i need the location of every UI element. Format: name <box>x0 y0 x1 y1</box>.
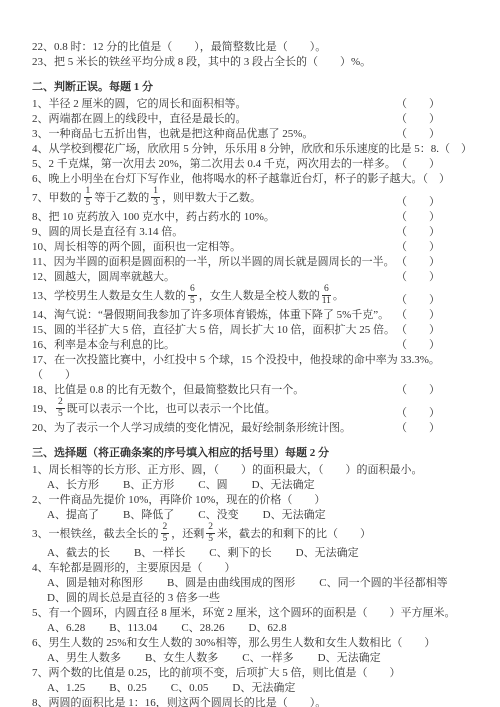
question-text: 23、把 5 米长的铁丝平均分成 8 段，其中的 3 段占全长的（ ）%。 <box>32 55 470 70</box>
option-item: B、圆是由曲线围成的图形 <box>167 576 295 591</box>
question-text: 4、从学校到樱花广场，欣欣用 5 分钟，乐乐用 8 分钟，欣欣和乐乐速度的比是 … <box>32 142 470 157</box>
judgment-row: 14、淘气说：“暑假期间我参加了许多项体育锻炼，体重下降了 5%千克”。（ ） <box>32 308 470 323</box>
option-item: B、正方形 <box>123 478 174 493</box>
choice-question-row: 8、两圆的面积比是 1：16，则这两个圆周长的比是（ ）。 <box>32 696 470 707</box>
fraction: 25 <box>56 397 65 420</box>
option-item: A、提高了 <box>47 508 99 523</box>
choice-question-row: 7、两个数的比值是 0.25，比的前项不变，后项扩大 5 倍，则比值是（ ） <box>32 666 470 681</box>
answer-bracket: （ ） <box>396 383 470 398</box>
option-item: D、圆的周长总是直径的 3 倍多一些 <box>47 591 220 606</box>
question-text: 18、比值是 0.8 的比有无数个，但最简整数比只有一个。 <box>32 383 396 398</box>
section2-title: 二、判断正误。每题 1 分 <box>32 80 470 95</box>
question-text: 10、周长相等的两个圆，面积也一定相等。 <box>32 240 396 255</box>
question-text: 19、25既可以表示一个比，也可以表示一个比值。 <box>32 398 396 421</box>
question-text: 3、一根铁丝，截去全长的25，还剩25米，截去的和剩下的比（ ） <box>32 523 470 546</box>
judgment-row: 20、为了表示一个人学习成绩的变化情况，最好绘制条形统计图。（ ） <box>32 421 470 436</box>
option-item: D、62.8 <box>248 621 286 636</box>
option-item: D、无法确定 <box>318 651 381 666</box>
choice-question-row: 3、一根铁丝，截去全长的25，还剩25米，截去的和剩下的比（ ） <box>32 523 470 546</box>
question-text: 14、淘气说：“暑假期间我参加了许多项体育锻炼，体重下降了 5%千克”。 <box>32 308 396 323</box>
option-item: A、截去的长 <box>47 546 110 561</box>
judgment-row: 9、圆的周长是直径有 3.14 倍。（ ） <box>32 225 470 240</box>
answer-bracket: （ ） <box>396 195 470 210</box>
answer-bracket: （ ） <box>396 406 470 421</box>
question-text: 3、一种商品七五折出售，也就是把这种商品优惠了 25%。 <box>32 127 396 142</box>
judgment-row: 18、比值是 0.8 的比有无数个，但最简整数比只有一个。（ ） <box>32 383 470 398</box>
option-item: D、无法确定 <box>232 681 295 696</box>
judgment-row: 6、晚上小明坐在台灯下写作业，他将喝水的杯子越靠近台灯，杯子的影子越大。（ ） <box>32 172 470 187</box>
option-row: A、1.25B、0.25C、0.05D、无法确定 <box>32 681 470 696</box>
fraction: 25 <box>161 522 170 545</box>
choice-question-row: 1、周长相等的长方形、正方形、圆，（ ）的面积最大，（ ）的面积最小。 <box>32 463 470 478</box>
question-text: 4、车轮都是圆形的，主要原因是（ ） <box>32 561 470 576</box>
option-row: A、6.28B、113.04C、28.26D、62.8 <box>32 621 470 636</box>
question-text: 13、学校男生人数是女生人数的65，女生人数是全校人数的611。 <box>32 285 396 308</box>
judgment-row: 2、两端都在圆上的线段中，直径是最长的。（ ） <box>32 112 470 127</box>
judgment-row: 13、学校男生人数是女生人数的65，女生人数是全校人数的611。（ ） <box>32 285 470 308</box>
answer-bracket: （ ） <box>396 240 470 255</box>
question-text: 5、有一个圆环，内圆直径 8 厘米，环宽 2 厘米，这个圆环的面积是（ ）平方厘… <box>32 606 470 621</box>
question-text: 12、圆越大，圆周率就越大。 <box>32 270 396 285</box>
question-text: 11、因为半圆的面积是圆面积的一半，所以半圆的周长就是圆周长的一半。 <box>32 255 396 270</box>
option-item: A、1.25 <box>47 681 85 696</box>
option-item: C、28.26 <box>181 621 224 636</box>
option-item: B、一样长 <box>134 546 185 561</box>
question-text: 2、两端都在圆上的线段中，直径是最长的。 <box>32 112 396 127</box>
option-item: C、圆 <box>198 478 227 493</box>
question-text: 7、两个数的比值是 0.25，比的前项不变，后项扩大 5 倍，则比值是（ ） <box>32 666 470 681</box>
fillin-row: 23、把 5 米长的铁丝平均分成 8 段，其中的 3 段占全长的（ ）%。 <box>32 55 470 70</box>
answer-bracket: （ ） <box>396 293 470 308</box>
fill-in-section: 22、0.8 时：12 分的比值是（ ），最简整数比是（ ）。23、把 5 米长… <box>32 40 470 70</box>
option-item: D、无法确定 <box>252 478 315 493</box>
judgment-row: 15、圆的半径扩大 5 倍，直径扩大 5 倍，周长扩大 10 倍，面积扩大 25… <box>32 323 470 338</box>
answer-bracket: （ ） <box>396 210 470 225</box>
question-text: 6、晚上小明坐在台灯下写作业，他将喝水的杯子越靠近台灯，杯子的影子越大。（ ） <box>32 172 470 187</box>
answer-bracket: （ ） <box>396 112 470 127</box>
option-item: B、女生人数多 <box>145 651 218 666</box>
option-row: A、圆是轴对称图形B、圆是由曲线围成的图形C、同一个圆的半径都相等 <box>32 576 470 591</box>
option-item: C、剩下的长 <box>209 546 271 561</box>
option-item: B、113.04 <box>109 621 157 636</box>
option-item: A、圆是轴对称图形 <box>47 576 143 591</box>
question-text: 15、圆的半径扩大 5 倍，直径扩大 5 倍，周长扩大 10 倍，面积扩大 25… <box>32 323 396 338</box>
question-text: 1、半径 2 厘米的圆，它的周长和面积相等。 <box>32 97 396 112</box>
option-row: A、截去的长B、一样长C、剩下的长D、无法确定 <box>32 546 470 561</box>
option-item: C、一样多 <box>242 651 293 666</box>
judgment-row: 1、半径 2 厘米的圆，它的周长和面积相等。（ ） <box>32 97 470 112</box>
fraction: 25 <box>206 522 215 545</box>
judgment-row: 3、一种商品七五折出售，也就是把这种商品优惠了 25%。（ ） <box>32 127 470 142</box>
answer-bracket: （ ） <box>396 225 470 240</box>
question-text: 1、周长相等的长方形、正方形、圆，（ ）的面积最大，（ ）的面积最小。 <box>32 463 470 478</box>
judgment-row: 17、在一次投篮比赛中，小红投中 5 个球，15 个没投中，他投球的命中率为 3… <box>32 353 470 383</box>
question-text: 8、两圆的面积比是 1：16，则这两个圆周长的比是（ ）。 <box>32 696 470 707</box>
choice-question-row: 6、男生人数的 25%和女生人数的 30%相等，那么男生人数和女生人数相比（ ） <box>32 636 470 651</box>
answer-bracket: （ ） <box>396 323 470 338</box>
choice-question-row: 5、有一个圆环，内圆直径 8 厘米，环宽 2 厘米，这个圆环的面积是（ ）平方厘… <box>32 606 470 621</box>
fraction: 65 <box>188 284 197 307</box>
answer-bracket: （ ） <box>396 338 470 353</box>
option-item: D、无法确定 <box>296 546 359 561</box>
judgment-row: 7、甲数的15等于乙数的13，则甲数大于乙数。（ ） <box>32 187 470 210</box>
option-row: D、圆的周长总是直径的 3 倍多一些 <box>32 591 470 606</box>
judgment-row: 16、利率是本金与利息的比。（ ） <box>32 338 470 353</box>
judgment-row: 11、因为半圆的面积是圆面积的一半，所以半圆的周长就是圆周长的一半。（ ） <box>32 255 470 270</box>
question-text: 7、甲数的15等于乙数的13，则甲数大于乙数。 <box>32 187 396 210</box>
option-item: B、0.25 <box>109 681 147 696</box>
option-item: A、长方形 <box>47 478 99 493</box>
answer-bracket: （ ） <box>396 270 470 285</box>
worksheet-page: 22、0.8 时：12 分的比值是（ ），最简整数比是（ ）。23、把 5 米长… <box>0 0 500 707</box>
fraction: 15 <box>84 186 93 209</box>
answer-bracket: （ ） <box>396 157 470 172</box>
question-text: 17、在一次投篮比赛中，小红投中 5 个球，15 个没投中，他投球的命中率为 3… <box>32 353 470 383</box>
option-item: A、6.28 <box>47 621 85 636</box>
choice-section: 1、周长相等的长方形、正方形、圆，（ ）的面积最大，（ ）的面积最小。A、长方形… <box>32 463 470 707</box>
judgment-row: 5、2 千克煤，第一次用去 20%，第二次用去 0.4 千克，两次用去的一样多。… <box>32 157 470 172</box>
answer-bracket: （ ） <box>396 421 470 436</box>
choice-question-row: 2、一件商品先提价 10%，再降价 10%，现在的价格（ ） <box>32 493 470 508</box>
question-text: 6、男生人数的 25%和女生人数的 30%相等，那么男生人数和女生人数相比（ ） <box>32 636 470 651</box>
section3-title: 三、选择题（将正确条案的序号填入相应的括号里）每题 2 分 <box>32 446 470 461</box>
judgment-row: 8、把 10 克药放入 100 克水中，药占药水的 10%。（ ） <box>32 210 470 225</box>
question-text: 9、圆的周长是直径有 3.14 倍。 <box>32 225 396 240</box>
option-row: A、长方形B、正方形C、圆D、无法确定 <box>32 478 470 493</box>
answer-bracket: （ ） <box>396 127 470 142</box>
judgment-row: 19、25既可以表示一个比，也可以表示一个比值。（ ） <box>32 398 470 421</box>
choice-question-row: 4、车轮都是圆形的，主要原因是（ ） <box>32 561 470 576</box>
option-row: A、提高了B、降低了C、没变D、无法确定 <box>32 508 470 523</box>
question-text: 22、0.8 时：12 分的比值是（ ），最简整数比是（ ）。 <box>32 40 470 55</box>
answer-bracket: （ ） <box>396 97 470 112</box>
question-text: 16、利率是本金与利息的比。 <box>32 338 396 353</box>
fraction: 13 <box>151 186 160 209</box>
judgment-row: 12、圆越大，圆周率就越大。（ ） <box>32 270 470 285</box>
answer-bracket: （ ） <box>396 308 470 323</box>
fraction: 611 <box>322 284 331 307</box>
option-item: C、0.05 <box>171 681 209 696</box>
judgment-row: 4、从学校到樱花广场，欣欣用 5 分钟，乐乐用 8 分钟，欣欣和乐乐速度的比是 … <box>32 142 470 157</box>
fillin-row: 22、0.8 时：12 分的比值是（ ），最简整数比是（ ）。 <box>32 40 470 55</box>
option-item: C、没变 <box>198 508 238 523</box>
question-text: 2、一件商品先提价 10%，再降价 10%，现在的价格（ ） <box>32 493 470 508</box>
question-text: 8、把 10 克药放入 100 克水中，药占药水的 10%。 <box>32 210 396 225</box>
question-text: 20、为了表示一个人学习成绩的变化情况，最好绘制条形统计图。 <box>32 421 396 436</box>
answer-bracket: （ ） <box>396 255 470 270</box>
option-item: A、男生人数多 <box>47 651 121 666</box>
option-item: B、降低了 <box>123 508 174 523</box>
question-text: 5、2 千克煤，第一次用去 20%，第二次用去 0.4 千克，两次用去的一样多。 <box>32 157 396 172</box>
judgment-section: 1、半径 2 厘米的圆，它的周长和面积相等。（ ）2、两端都在圆上的线段中，直径… <box>32 97 470 436</box>
option-item: C、同一个圆的半径都相等 <box>319 576 447 591</box>
option-item: D、无法确定 <box>263 508 326 523</box>
judgment-row: 10、周长相等的两个圆，面积也一定相等。（ ） <box>32 240 470 255</box>
option-row: A、男生人数多B、女生人数多C、一样多D、无法确定 <box>32 651 470 666</box>
